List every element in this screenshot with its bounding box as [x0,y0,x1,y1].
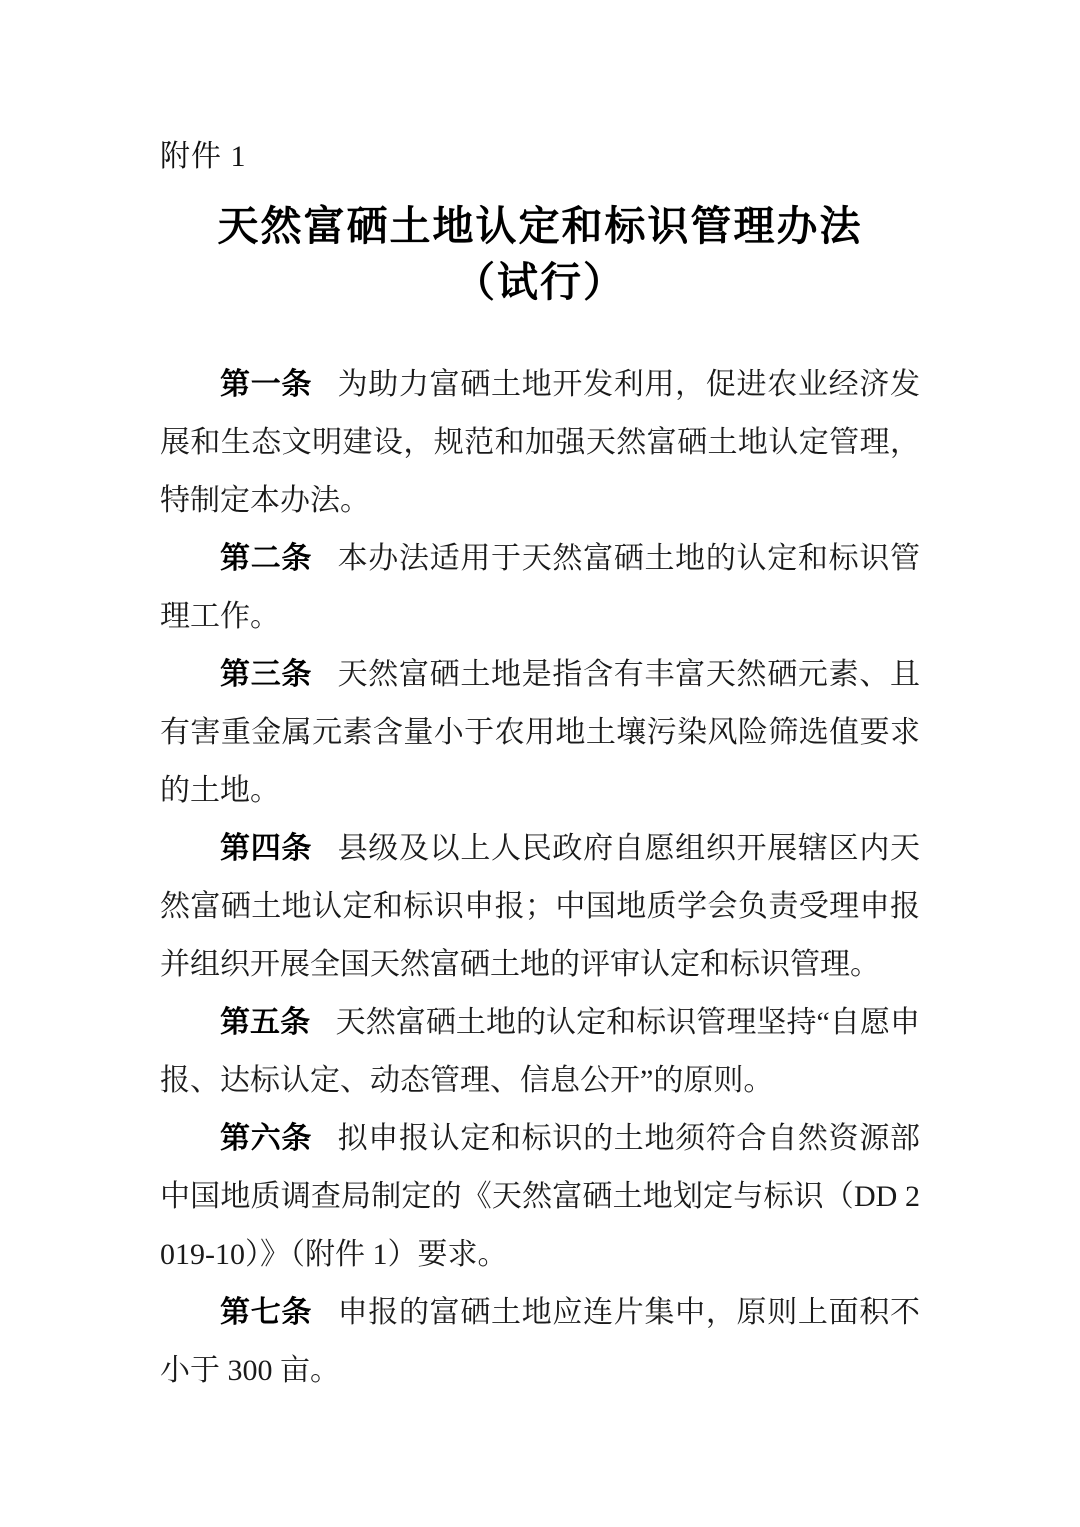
document-title: 天然富硒土地认定和标识管理办法 [160,198,920,254]
document-body: 第一条为助力富硒土地开发利用，促进农业经济发展和生态文明建设，规范和加强天然富硒… [160,356,920,1400]
article-5-number: 第五条 [220,1006,310,1039]
article-1-number: 第一条 [220,368,312,401]
article-2: 第二条本办法适用于天然富硒土地的认定和标识管理工作。 [160,530,920,646]
article-6: 第六条拟申报认定和标识的土地须符合自然资源部中国地质调查局制定的《天然富硒土地划… [160,1110,920,1284]
article-3-number: 第三条 [220,658,312,691]
article-2-number: 第二条 [220,542,312,575]
article-5: 第五条天然富硒土地的认定和标识管理坚持“自愿申报、达标认定、动态管理、信息公开”… [160,994,920,1110]
attachment-label: 附件 1 [160,138,920,176]
article-6-number: 第六条 [220,1122,312,1155]
article-7: 第七条申报的富硒土地应连片集中，原则上面积不小于 300 亩。 [160,1284,920,1400]
article-4: 第四条县级及以上人民政府自愿组织开展辖区内天然富硒土地认定和标识申报；中国地质学… [160,820,920,994]
article-4-number: 第四条 [220,832,312,865]
article-3: 第三条天然富硒土地是指含有丰富天然硒元素、且有害重金属元素含量小于农用地土壤污染… [160,646,920,820]
document-subtitle: （试行） [160,254,920,310]
article-1: 第一条为助力富硒土地开发利用，促进农业经济发展和生态文明建设，规范和加强天然富硒… [160,356,920,530]
document-page: 附件 1 天然富硒土地认定和标识管理办法 （试行） 第一条为助力富硒土地开发利用… [0,0,1080,1527]
article-7-number: 第七条 [220,1296,312,1329]
